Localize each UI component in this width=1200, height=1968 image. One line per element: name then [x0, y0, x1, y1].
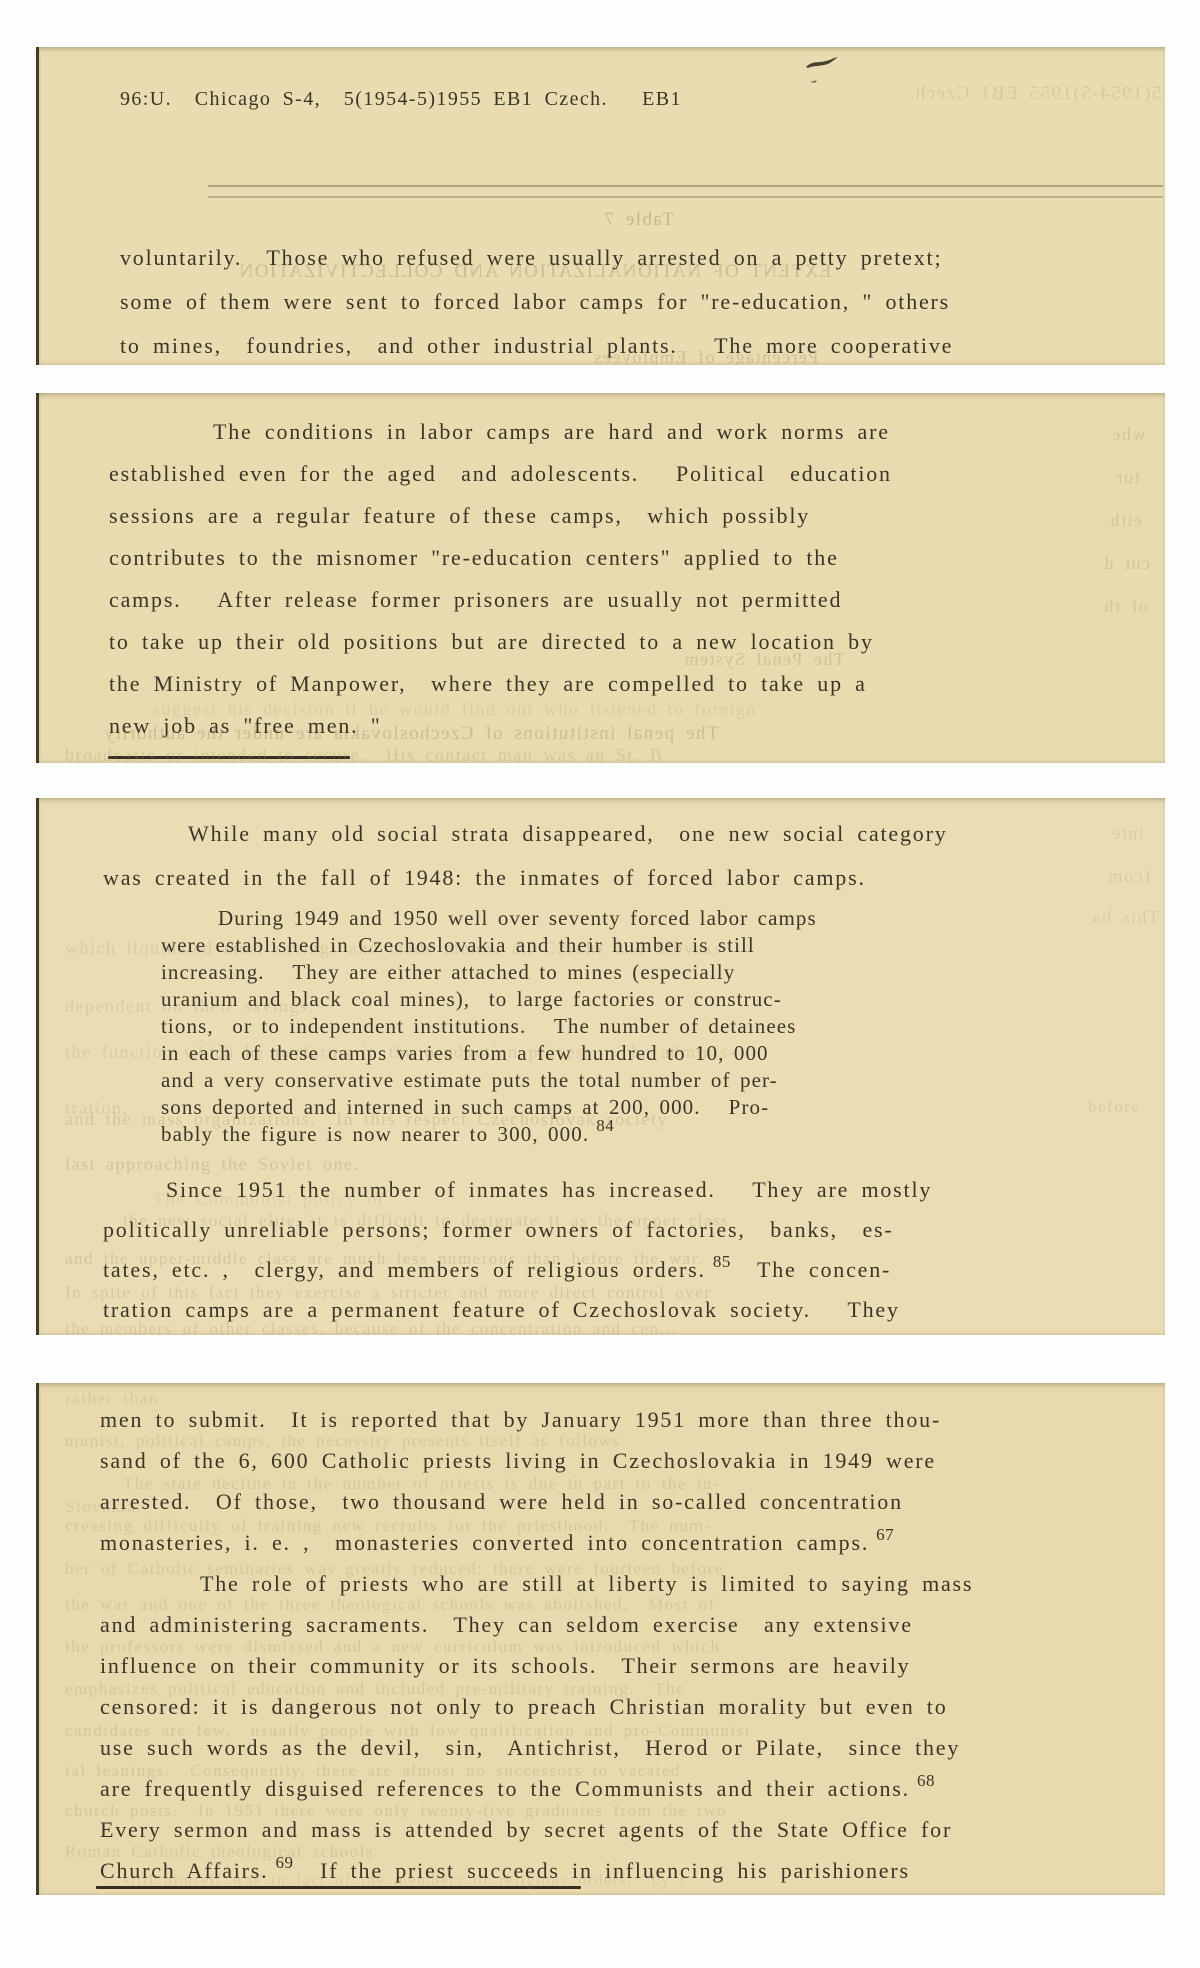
text-segment: in each of these camps varies from a few…: [161, 1041, 769, 1065]
text-line: 96:U. Chicago S-4, 5(1954-5)1955 EB1 Cze…: [120, 88, 682, 110]
text-segment: 96:U. Chicago S-4, 5(1954-5)1955 EB1 Cze…: [120, 88, 682, 110]
footnote-reference: 84: [596, 1117, 614, 1136]
ink-mark-icon: [800, 52, 846, 92]
text-segment: men to submit. It is reported that by Ja…: [100, 1407, 941, 1432]
text-line: Every sermon and mass is attended by sec…: [100, 1818, 952, 1842]
text-line: men to submit. It is reported that by Ja…: [100, 1408, 941, 1432]
text-line: tates, etc. , clergy, and members of rel…: [103, 1258, 891, 1282]
ghost-bleedthrough-text: cut d: [1103, 554, 1150, 574]
text-line: camps. After release former prisoners ar…: [109, 588, 842, 612]
text-line: Church Affairs.69 If the priest succeeds…: [100, 1859, 910, 1883]
text-segment: to mines, foundries, and other industria…: [120, 333, 953, 358]
text-line: arrested. Of those, two thousand were he…: [100, 1490, 903, 1514]
scan-block-forced-labor-camp-inmates: inte(comThis bawhich liquidated most sav…: [36, 798, 1165, 1335]
text-segment: censored: it is dangerous not only to pr…: [100, 1694, 948, 1719]
text-segment: voluntarily. Those who refused were usua…: [120, 245, 942, 270]
text-line: The role of priests who are still at lib…: [200, 1572, 973, 1596]
text-segment: sessions are a regular feature of these …: [109, 503, 810, 528]
text-line: use such words as the devil, sin, Antich…: [100, 1736, 960, 1760]
text-segment: monasteries, i. e. , monasteries convert…: [100, 1530, 869, 1555]
text-segment: Every sermon and mass is attended by sec…: [100, 1817, 952, 1842]
text-line: contributes to the misnomer "re-educatio…: [109, 546, 839, 570]
text-line: voluntarily. Those who refused were usua…: [120, 246, 942, 270]
text-segment: use such words as the devil, sin, Antich…: [100, 1735, 960, 1760]
text-line: tration camps are a permanent feature of…: [103, 1298, 900, 1322]
text-line: sessions are a regular feature of these …: [109, 504, 810, 528]
text-segment: Church Affairs.: [100, 1858, 268, 1883]
text-line: new job as "free men. ": [109, 714, 382, 738]
ghost-bleedthrough-text: tur: [1115, 468, 1140, 488]
text-segment: influence on their community or its scho…: [100, 1653, 910, 1678]
text-line: uranium and black coal mines), to large …: [161, 988, 782, 1011]
ghost-bleedthrough-text: eith: [1109, 511, 1142, 531]
text-line: and administering sacraments. They can s…: [100, 1613, 913, 1637]
text-segment: The conditions in labor camps are hard a…: [213, 419, 890, 444]
text-line: increasing. They are either attached to …: [161, 961, 735, 984]
ghost-bleedthrough-text: 5(1954-5)1955 EB1 Czech.: [908, 84, 1161, 105]
ghost-bleedthrough-text: Table 7: [603, 210, 674, 231]
ghost-bleedthrough-text: before: [1088, 1098, 1140, 1117]
text-segment: The concen-: [733, 1257, 891, 1282]
footnote-reference: 68: [917, 1772, 935, 1791]
text-segment: sand of the 6, 600 Catholic priests livi…: [100, 1448, 936, 1473]
text-line: established even for the aged and adoles…: [109, 462, 892, 486]
text-segment: The role of priests who are still at lib…: [200, 1571, 973, 1596]
text-segment: new job as "free men. ": [109, 713, 382, 738]
text-segment: camps. After release former prisoners ar…: [109, 587, 842, 612]
text-segment: arrested. Of those, two thousand were he…: [100, 1489, 903, 1514]
text-segment: While many old social strata disappeared…: [188, 821, 948, 846]
text-segment: are frequently disguised references to t…: [100, 1776, 910, 1801]
text-line: tions, or to independent institutions. T…: [161, 1015, 796, 1038]
text-segment: tration camps are a permanent feature of…: [103, 1297, 900, 1322]
text-segment: politically unreliable persons; former o…: [103, 1217, 894, 1242]
text-segment: the Ministry of Manpower, where they are…: [109, 671, 867, 696]
text-segment: uranium and black coal mines), to large …: [161, 987, 782, 1011]
text-segment: sons deported and interned in such camps…: [161, 1095, 769, 1119]
ghost-bleedthrough-text: This ba: [1091, 908, 1159, 928]
text-line: to take up their old positions but are d…: [109, 630, 874, 654]
text-line: some of them were sent to forced labor c…: [120, 290, 950, 314]
scan-block-camp-conditions: whetureithcut dof thThe Penal Systemsugg…: [36, 393, 1165, 763]
text-line: was created in the fall of 1948: the inm…: [103, 866, 866, 890]
text-segment: established even for the aged and adoles…: [109, 461, 892, 486]
ghost-bleedthrough-text: rather than: [65, 1390, 159, 1409]
footnote-reference: 67: [876, 1526, 894, 1545]
text-segment: was created in the fall of 1948: the inm…: [103, 865, 866, 890]
text-line: The conditions in labor camps are hard a…: [213, 420, 890, 444]
text-line: are frequently disguised references to t…: [100, 1777, 937, 1801]
ghost-table-rule: [208, 185, 1163, 187]
text-line: During 1949 and 1950 well over seventy f…: [218, 907, 817, 930]
text-line: were established in Czechoslovakia and t…: [161, 934, 755, 957]
text-line: sons deported and interned in such camps…: [161, 1096, 769, 1119]
ghost-bleedthrough-text: inte: [1111, 824, 1144, 844]
ghost-bleedthrough-text: (com: [1107, 867, 1150, 887]
text-line: While many old social strata disappeared…: [188, 822, 948, 846]
text-line: and a very conservative estimate puts th…: [161, 1069, 778, 1092]
text-segment: If the priest succeeds in influencing hi…: [295, 1858, 909, 1883]
text-segment: some of them were sent to forced labor c…: [120, 289, 950, 314]
text-segment: and a very conservative estimate puts th…: [161, 1068, 778, 1092]
footnote-reference: 69: [275, 1854, 293, 1873]
text-segment: bably the figure is now nearer to 300, 0…: [161, 1122, 589, 1146]
ghost-bleedthrough-text: of th: [1103, 597, 1148, 617]
text-line: Since 1951 the number of inmates has inc…: [166, 1178, 932, 1202]
text-segment: increasing. They are either attached to …: [161, 960, 735, 984]
text-segment: Since 1951 the number of inmates has inc…: [166, 1177, 932, 1202]
text-line: in each of these camps varies from a few…: [161, 1042, 769, 1065]
text-segment: contributes to the misnomer "re-educatio…: [109, 545, 839, 570]
text-segment: to take up their old positions but are d…: [109, 629, 874, 654]
ghost-bleedthrough-text: broadcasts or intended to secure. His co…: [65, 746, 663, 763]
ghost-bleedthrough-text: the members of other classes, because of…: [65, 1320, 677, 1335]
text-line: bably the figure is now nearer to 300, 0…: [161, 1123, 616, 1146]
footnote-reference: 85: [713, 1253, 731, 1272]
scan-block-citation-and-arrests: 5(1954-5)1955 EB1 Czech.Table 7EXTENT OF…: [36, 47, 1165, 365]
ghost-bleedthrough-text: last approaching the Soviet one.: [65, 1155, 359, 1175]
text-segment: were established in Czechoslovakia and t…: [161, 933, 755, 957]
text-segment: and administering sacraments. They can s…: [100, 1612, 913, 1637]
text-line: the Ministry of Manpower, where they are…: [109, 672, 867, 696]
text-line: politically unreliable persons; former o…: [103, 1218, 894, 1242]
ghost-bleedthrough-text: whe: [1111, 425, 1146, 445]
text-line: censored: it is dangerous not only to pr…: [100, 1695, 948, 1719]
scanned-document-page: 5(1954-5)1955 EB1 Czech.Table 7EXTENT OF…: [0, 0, 1200, 1968]
ghost-table-rule: [208, 196, 1163, 198]
text-segment: During 1949 and 1950 well over seventy f…: [218, 906, 817, 930]
text-line: influence on their community or its scho…: [100, 1654, 910, 1678]
text-line: sand of the 6, 600 Catholic priests livi…: [100, 1449, 936, 1473]
text-segment: tates, etc. , clergy, and members of rel…: [103, 1257, 706, 1282]
scan-block-priests-persecution: rather thanmunist, political camps, the …: [36, 1383, 1165, 1895]
text-line: to mines, foundries, and other industria…: [120, 334, 953, 358]
text-segment: tions, or to independent institutions. T…: [161, 1014, 796, 1038]
text-line: monasteries, i. e. , monasteries convert…: [100, 1531, 896, 1555]
